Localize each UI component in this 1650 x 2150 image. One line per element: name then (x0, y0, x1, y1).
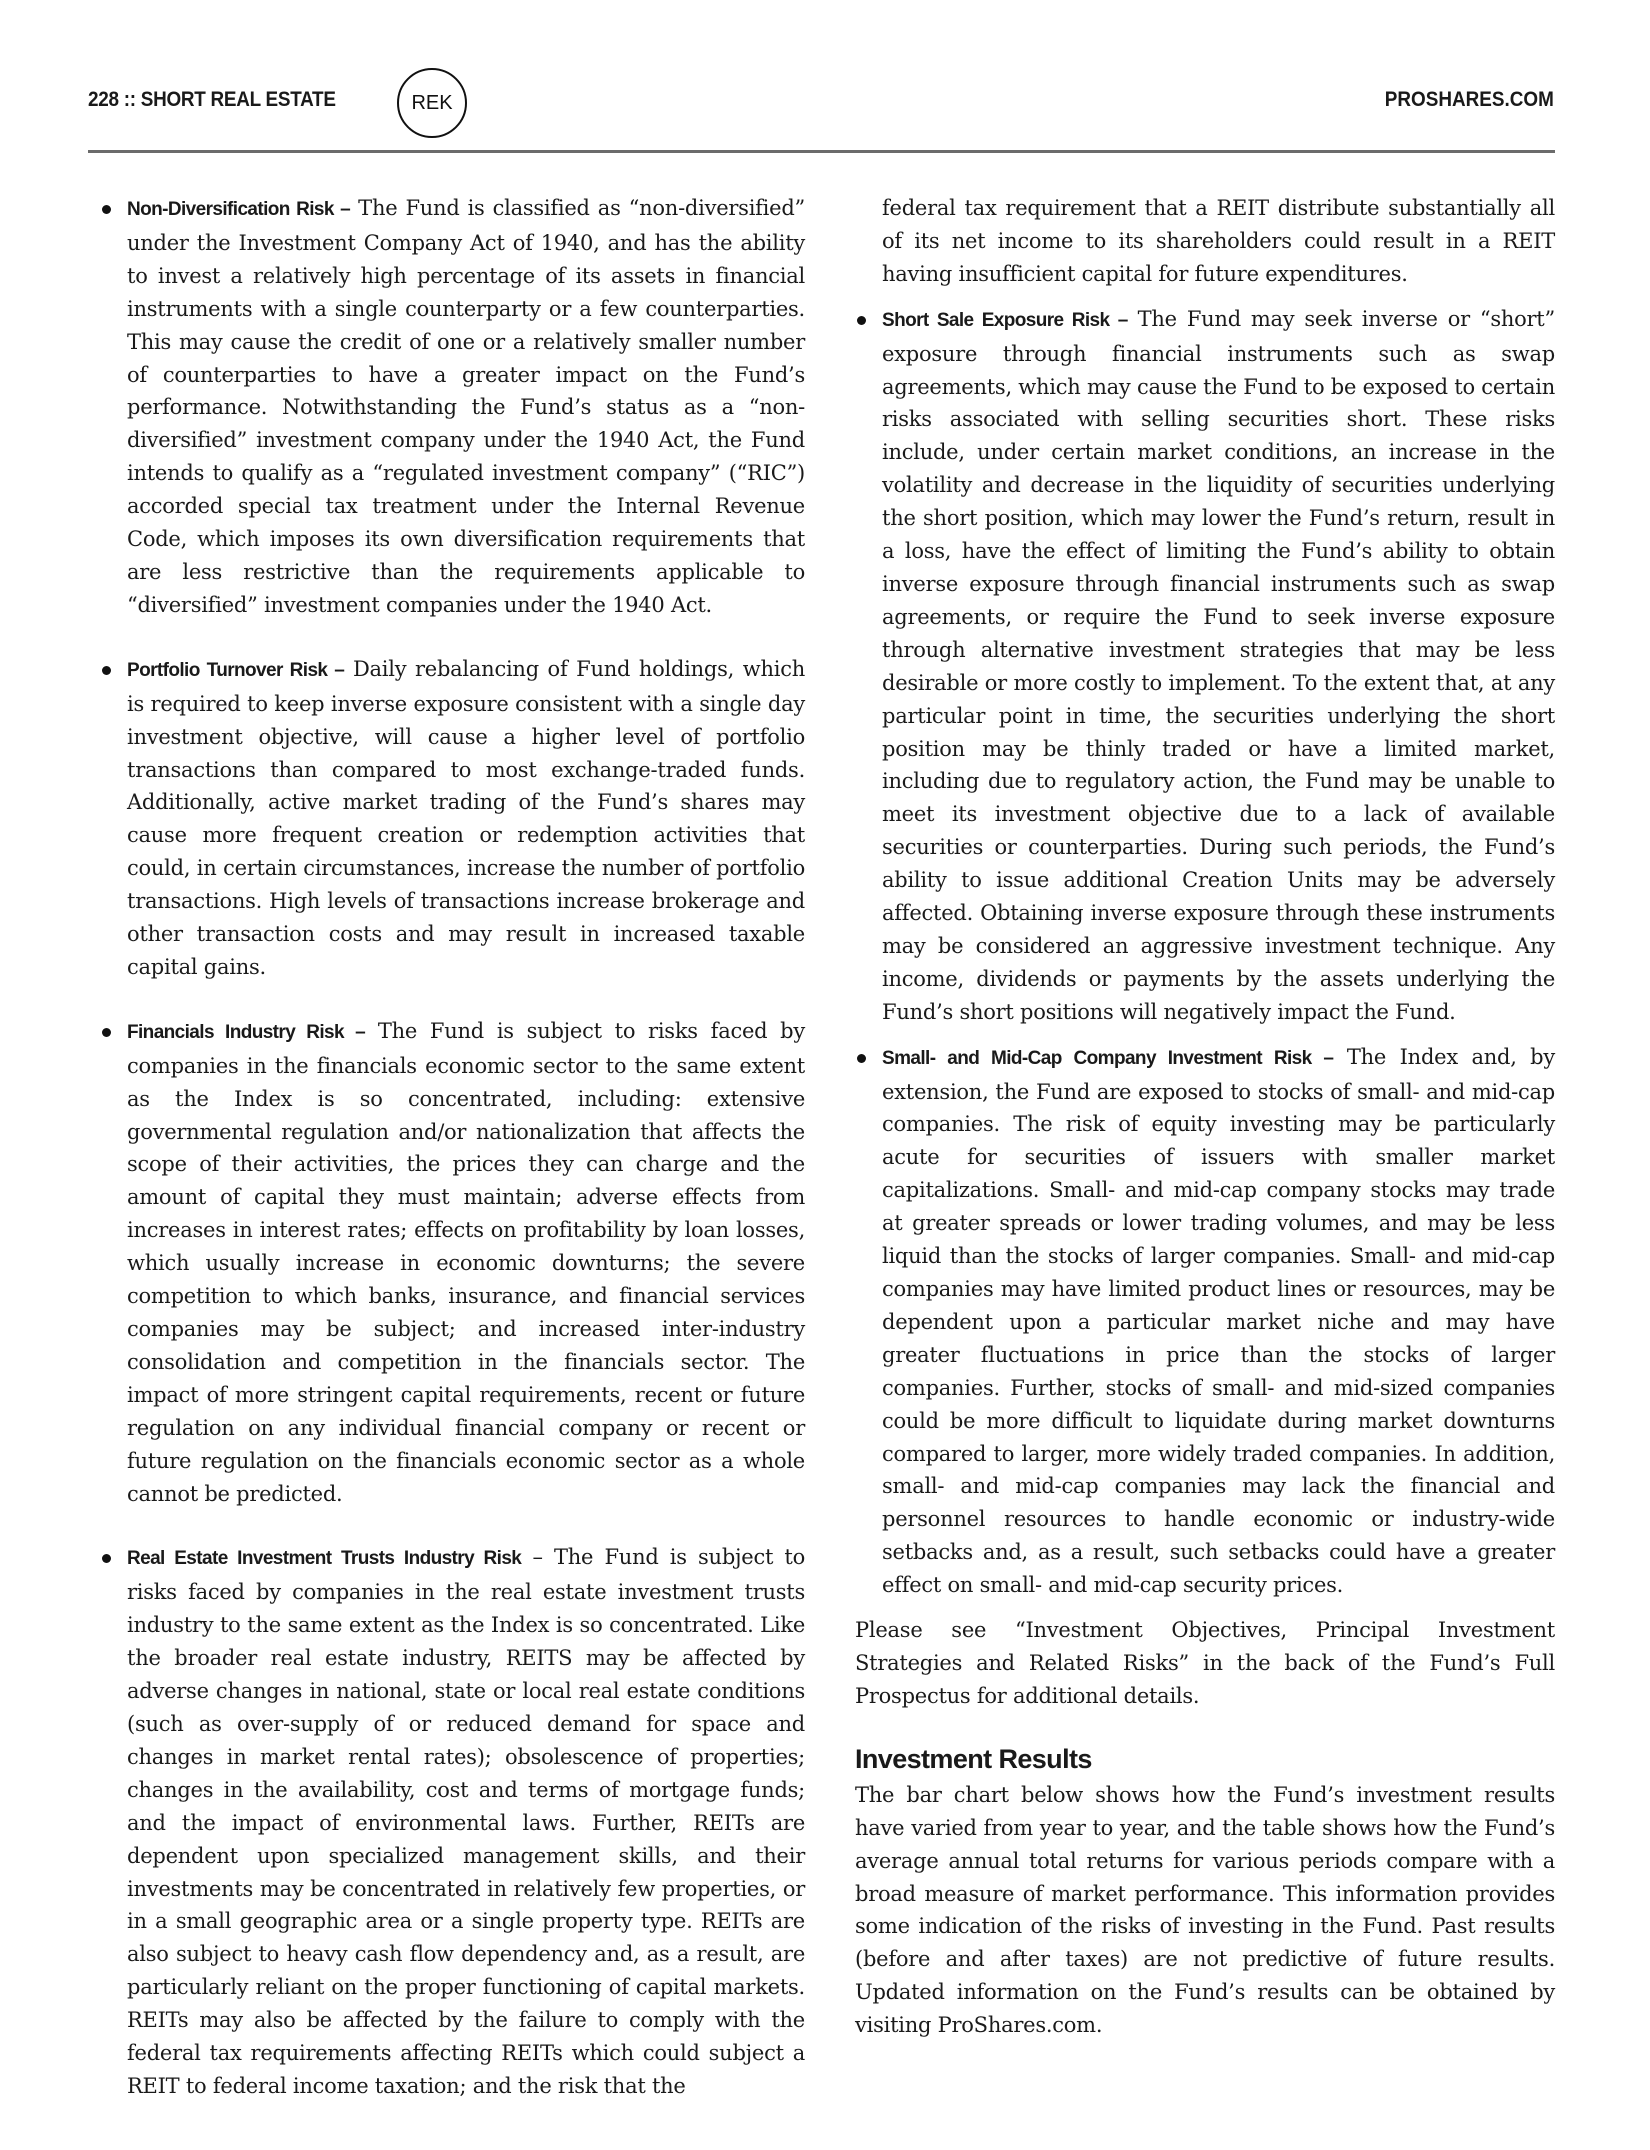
risk-label: Real Estate Investment Trusts Industry R… (127, 1548, 521, 1569)
see-also-paragraph: Please see “Investment Objectives, Princ… (855, 1614, 1555, 1713)
risk-label: Small- and Mid-Cap Company Investment Ri… (882, 1048, 1333, 1069)
risk-body: The Fund may seek inverse or “short” exp… (882, 307, 1555, 1024)
site-name: PROSHARES.COM (1385, 88, 1554, 112)
left-column: Non-Diversification Risk – The Fund is c… (100, 192, 805, 2103)
bullet-icon (102, 666, 111, 675)
spacer (100, 984, 805, 1015)
risk-text: Real Estate Investment Trusts Industry R… (127, 1541, 805, 2102)
ticker-badge: REK (397, 68, 467, 138)
bullet-icon (102, 1554, 111, 1563)
risk-label: Short Sale Exposure Risk – (882, 310, 1128, 331)
bullet-icon (857, 316, 866, 325)
header-divider (88, 150, 1555, 153)
risk-item-non-diversification: Non-Diversification Risk – The Fund is c… (100, 192, 805, 622)
risk-label: Non-Diversification Risk – (127, 199, 350, 220)
risk-body: The Index and, by extension, the Fund ar… (882, 1045, 1555, 1598)
risk-item-portfolio-turnover: Portfolio Turnover Risk – Daily rebalanc… (100, 653, 805, 984)
risk-body: Daily rebalancing of Fund holdings, whic… (127, 657, 805, 979)
risk-label: Financials Industry Risk – (127, 1022, 365, 1043)
spacer (855, 1713, 1555, 1739)
bullet-icon (102, 205, 111, 214)
spacer (855, 1029, 1555, 1041)
ticker-label: REK (411, 92, 452, 115)
risk-text: Financials Industry Risk – The Fund is s… (127, 1015, 805, 1511)
risk-text: Small- and Mid-Cap Company Investment Ri… (882, 1041, 1555, 1602)
risk-text: Short Sale Exposure Risk – The Fund may … (882, 303, 1555, 1029)
reit-risk-continuation: federal tax requirement that a REIT dist… (855, 192, 1555, 291)
page-section-title: 228 :: SHORT REAL ESTATE (88, 88, 336, 112)
risk-item-financials-industry: Financials Industry Risk – The Fund is s… (100, 1015, 805, 1511)
risk-body: The Fund is subject to risks faced by co… (127, 1019, 805, 1506)
bullet-icon (102, 1028, 111, 1037)
risk-text: Non-Diversification Risk – The Fund is c… (127, 192, 805, 622)
right-column: federal tax requirement that a REIT dist… (855, 192, 1555, 2042)
spacer (100, 1510, 805, 1541)
section-heading-investment-results: Investment Results (855, 1739, 1555, 1779)
risk-body: – The Fund is subject to risks faced by … (127, 1545, 805, 2098)
spacer (855, 291, 1555, 303)
risk-item-reit-industry: Real Estate Investment Trusts Industry R… (100, 1541, 805, 2102)
spacer (855, 1602, 1555, 1614)
bullet-icon (857, 1054, 866, 1063)
investment-results-paragraph: The bar chart below shows how the Fund’s… (855, 1779, 1555, 2042)
spacer (100, 622, 805, 653)
risk-item-short-sale-exposure: Short Sale Exposure Risk – The Fund may … (855, 303, 1555, 1029)
risk-body: The Fund is classified as “non-diversifi… (127, 196, 805, 617)
risk-label: Portfolio Turnover Risk – (127, 660, 344, 681)
risk-text: Portfolio Turnover Risk – Daily rebalanc… (127, 653, 805, 984)
risk-item-small-mid-cap: Small- and Mid-Cap Company Investment Ri… (855, 1041, 1555, 1602)
